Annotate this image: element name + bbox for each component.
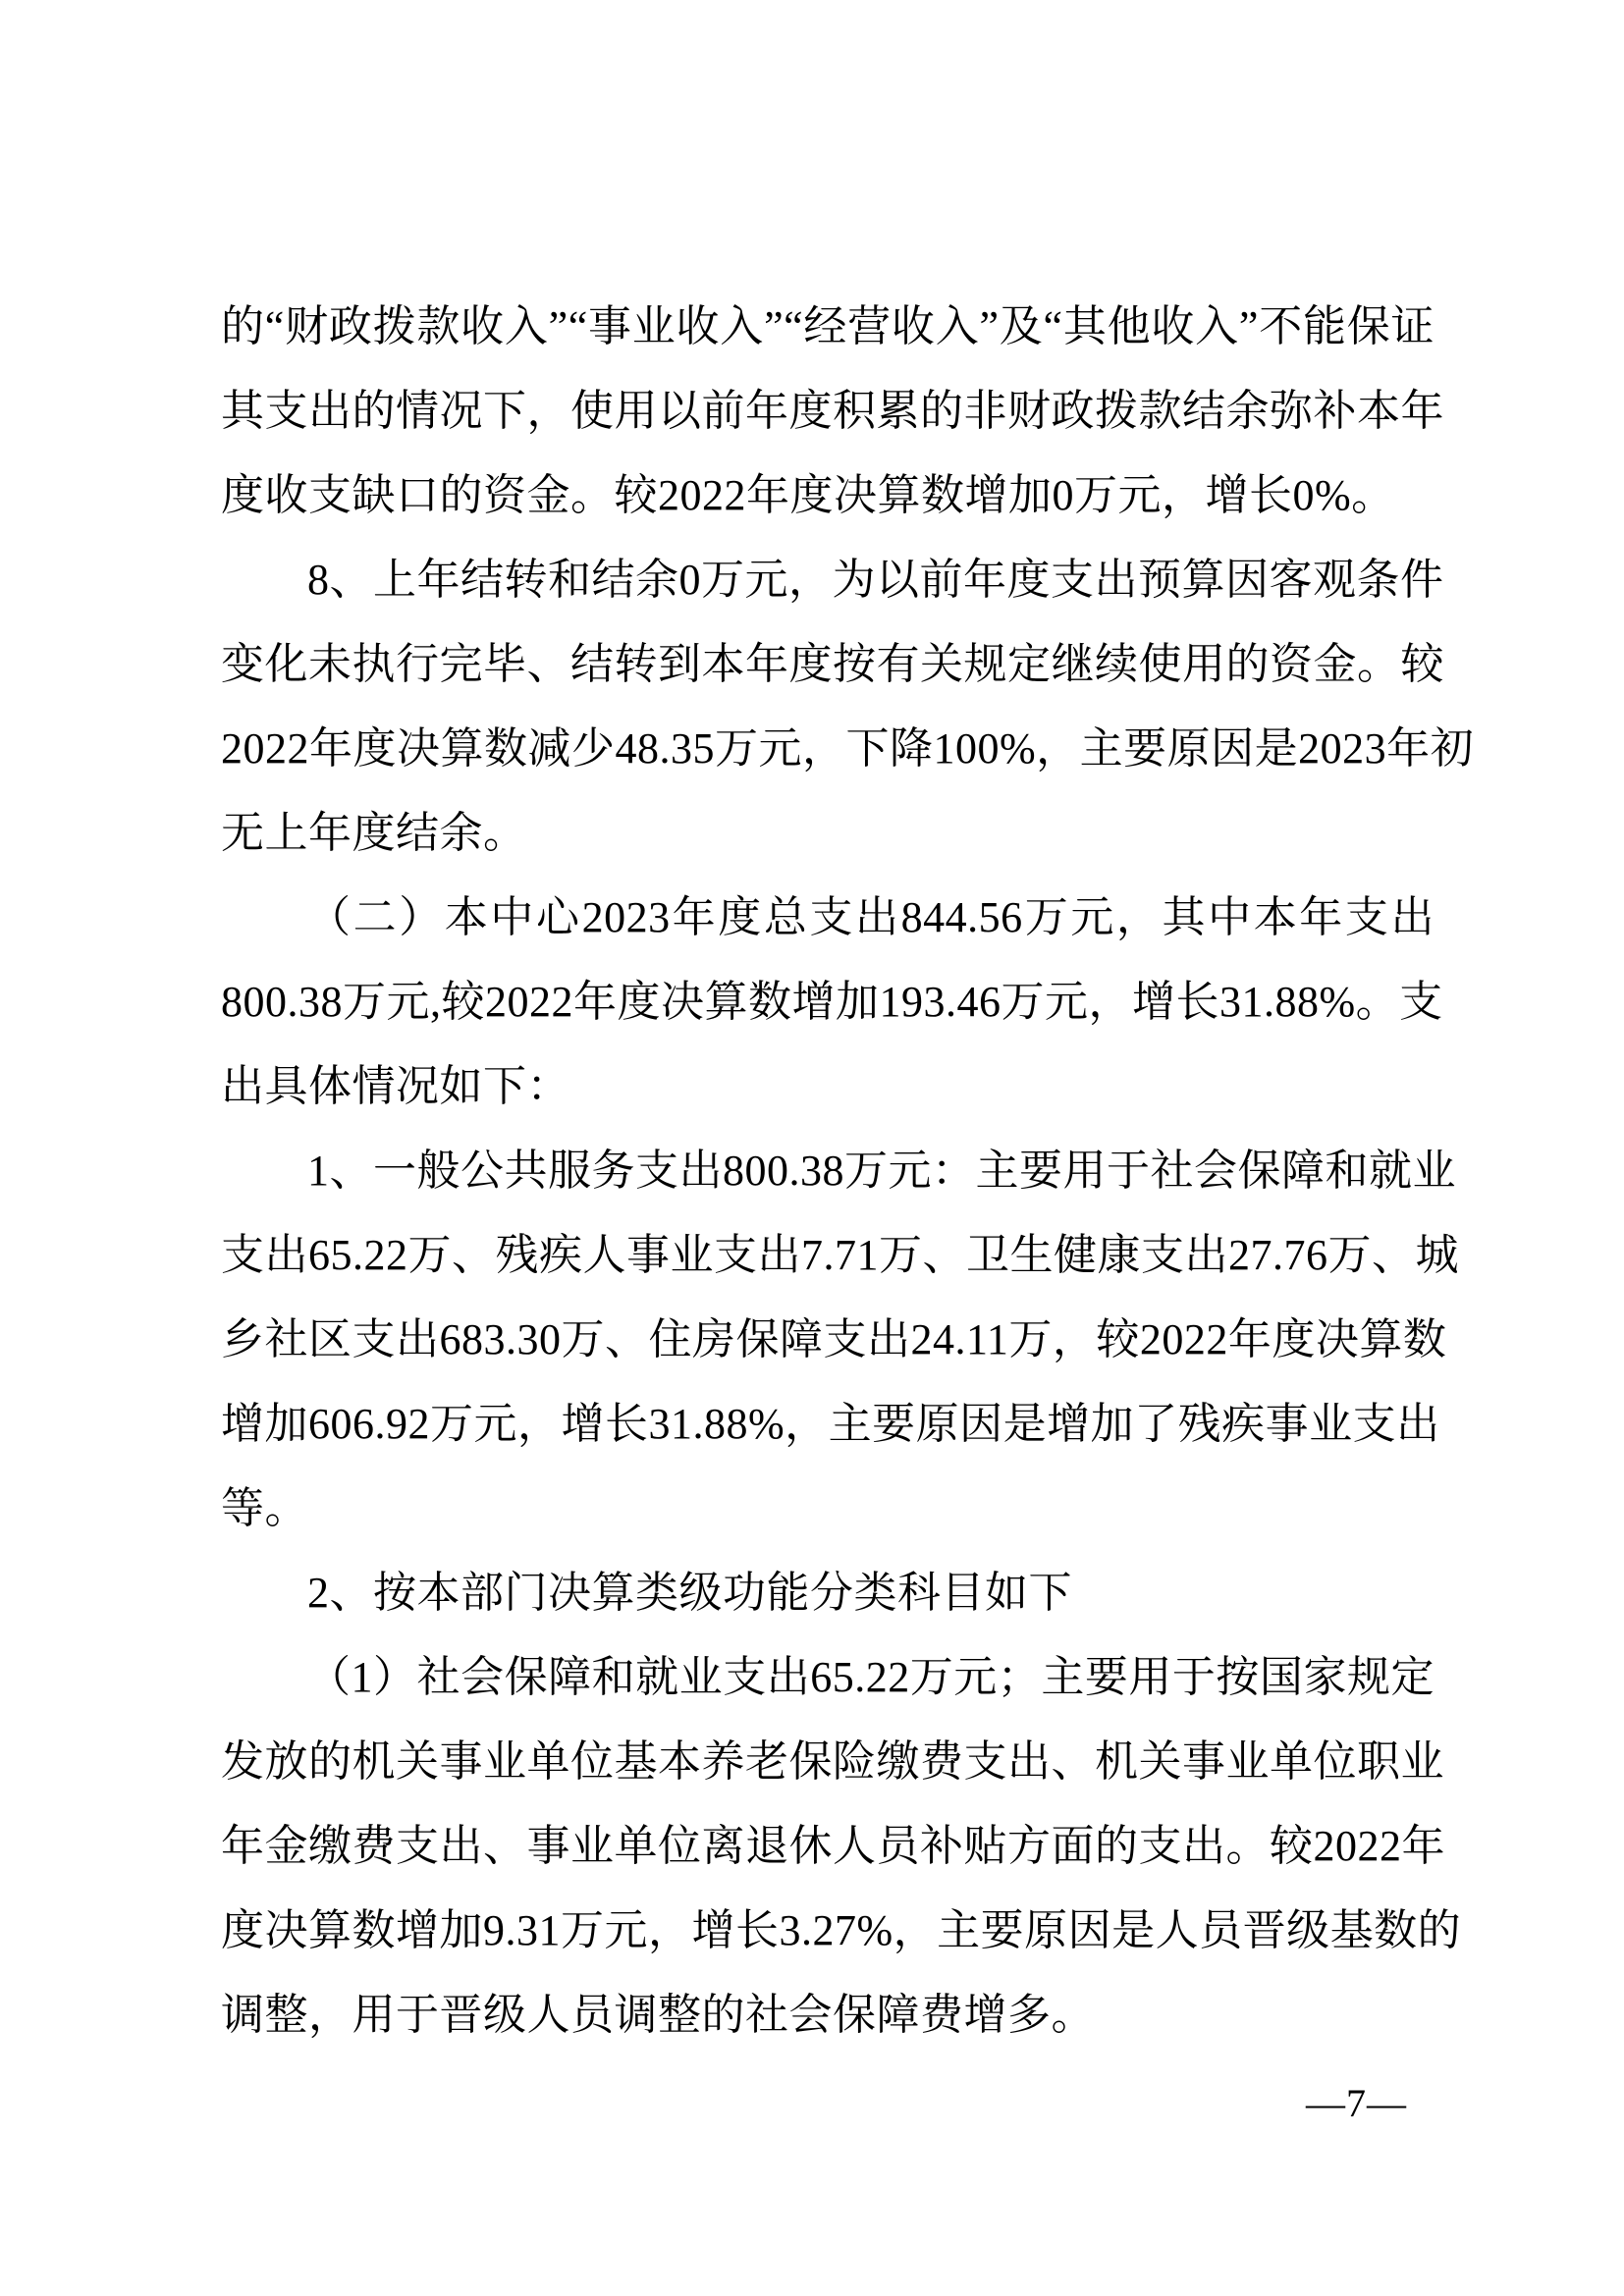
paragraph: （1）社会保障和就业支出65.22万元；主要用于按国家规定发放的机关事业单位基本… bbox=[221, 1635, 1435, 2057]
text-line: 年金缴费支出、事业单位离退休人员补贴方面的支出。较2022年 bbox=[221, 1804, 1435, 1889]
paragraph: 的“财政拨款收入”“事业收入”“经营收入”及“其他收入”不能保证其支出的情况下，… bbox=[221, 285, 1435, 538]
text-line: 1、一般公共服务支出800.38万元：主要用于社会保障和就业 bbox=[221, 1129, 1435, 1213]
paragraph: 1、一般公共服务支出800.38万元：主要用于社会保障和就业支出65.22万、残… bbox=[221, 1129, 1435, 1551]
text-line: 8、上年结转和结余0万元，为以前年度支出预算因客观条件 bbox=[221, 538, 1435, 622]
text-line: （二）本中心2023年度总支出844.56万元，其中本年支出 bbox=[221, 876, 1435, 960]
text-line: 出具体情况如下： bbox=[221, 1044, 1435, 1129]
document-body: 的“财政拨款收入”“事业收入”“经营收入”及“其他收入”不能保证其支出的情况下，… bbox=[221, 285, 1435, 2057]
paragraph: 2、按本部门决算类级功能分类科目如下 bbox=[221, 1551, 1435, 1635]
text-line: 支出65.22万、残疾人事业支出7.71万、卫生健康支出27.76万、城 bbox=[221, 1213, 1435, 1298]
text-line: 增加606.92万元，增长31.88%，主要原因是增加了残疾事业支出 bbox=[221, 1382, 1435, 1467]
text-line: （1）社会保障和就业支出65.22万元；主要用于按国家规定 bbox=[221, 1635, 1435, 1720]
text-line: 等。 bbox=[221, 1467, 1435, 1551]
text-line: 2022年度决算数减少48.35万元，下降100%，主要原因是2023年初 bbox=[221, 707, 1435, 791]
text-line: 变化未执行完毕、结转到本年度按有关规定继续使用的资金。较 bbox=[221, 622, 1435, 707]
text-line: 乡社区支出683.30万、住房保障支出24.11万，较2022年度决算数 bbox=[221, 1298, 1435, 1382]
text-line: 调整，用于晋级人员调整的社会保障费增多。 bbox=[221, 1973, 1435, 2057]
text-line: 度收支缺口的资金。较2022年度决算数增加0万元，增长0%。 bbox=[221, 454, 1435, 538]
document-page: 的“财政拨款收入”“事业收入”“经营收入”及“其他收入”不能保证其支出的情况下，… bbox=[0, 0, 1624, 2296]
text-line: 的“财政拨款收入”“事业收入”“经营收入”及“其他收入”不能保证 bbox=[221, 285, 1435, 369]
page-number: —7— bbox=[1306, 2080, 1407, 2127]
text-line: 无上年度结余。 bbox=[221, 791, 1435, 876]
text-line: 800.38万元,较2022年度决算数增加193.46万元，增长31.88%。支 bbox=[221, 960, 1435, 1044]
text-line: 发放的机关事业单位基本养老保险缴费支出、机关事业单位职业 bbox=[221, 1720, 1435, 1804]
paragraph: （二）本中心2023年度总支出844.56万元，其中本年支出800.38万元,较… bbox=[221, 876, 1435, 1129]
text-line: 2、按本部门决算类级功能分类科目如下 bbox=[221, 1551, 1435, 1635]
text-line: 度决算数增加9.31万元，增长3.27%，主要原因是人员晋级基数的 bbox=[221, 1889, 1435, 1973]
text-line: 其支出的情况下，使用以前年度积累的非财政拨款结余弥补本年 bbox=[221, 369, 1435, 454]
paragraph: 8、上年结转和结余0万元，为以前年度支出预算因客观条件变化未执行完毕、结转到本年… bbox=[221, 538, 1435, 876]
